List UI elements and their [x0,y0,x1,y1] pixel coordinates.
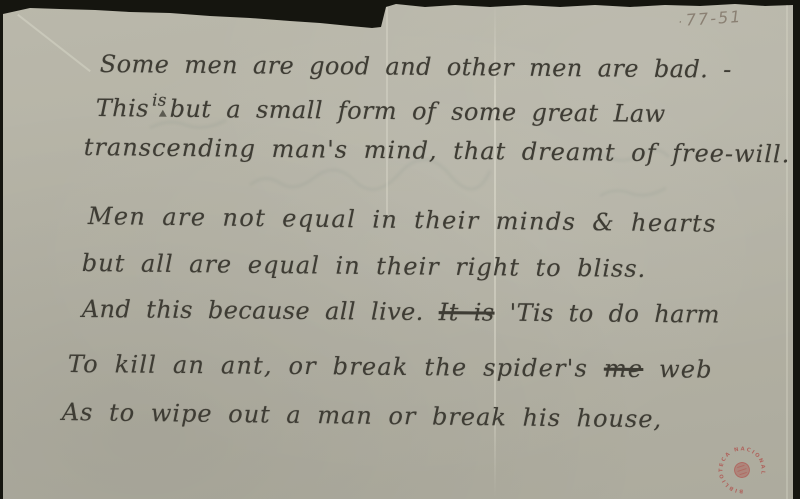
manuscript-segment: transcending man's mind, that dreamt of … [84,133,791,168]
library-stamp: BIBLIOTECA NACIONAL [707,435,778,499]
manuscript-line: Men are not equal in their minds & heart… [88,202,717,238]
manuscript-line: Thisisbut a small form of some great Law [96,94,666,128]
manuscript-segment: This [96,94,149,123]
paper-crease [17,14,91,72]
scanner-background: ·77-51 Some men are good and other men a… [0,0,800,499]
manuscript-segment-struck: me [604,355,644,383]
archive-number: ·77-51 [677,7,742,30]
archive-number-value: 77-51 [685,7,743,30]
manuscript-segment: but all are equal in their right to blis… [82,249,647,283]
manuscript-segment: And this because all live. [82,295,439,326]
paper-crease [786,0,788,499]
manuscript-line: transcending man's mind, that dreamt of … [84,133,791,168]
manuscript-line: To kill an ant, or break the spider's me… [68,350,713,384]
manuscript-segment: Men are not equal in their minds & heart… [88,202,717,238]
manuscript-line: As to wipe out a man or break his house, [62,398,663,433]
manuscript-segment: 'Tis to do harm [494,299,720,329]
manuscript-segment: but a small form of some great Law [170,95,666,128]
manuscript-segment: Some men are good and other men are bad.… [100,50,732,84]
manuscript-segment-inserted: is [152,90,167,110]
manuscript-line: And this because all live. It is 'Tis to… [82,295,720,329]
paper-sheet: ·77-51 Some men are good and other men a… [0,0,800,499]
manuscript-segment: As to wipe out a man or break his house, [62,398,663,433]
manuscript-segment: To kill an ant, or break the spider's [68,350,604,383]
coat-of-arms-icon [733,461,752,480]
manuscript-line: but all are equal in their right to blis… [82,249,647,283]
manuscript-line: Some men are good and other men are bad.… [100,50,732,84]
manuscript-segment-struck: It is [439,298,495,326]
manuscript-segment: web [643,355,713,384]
